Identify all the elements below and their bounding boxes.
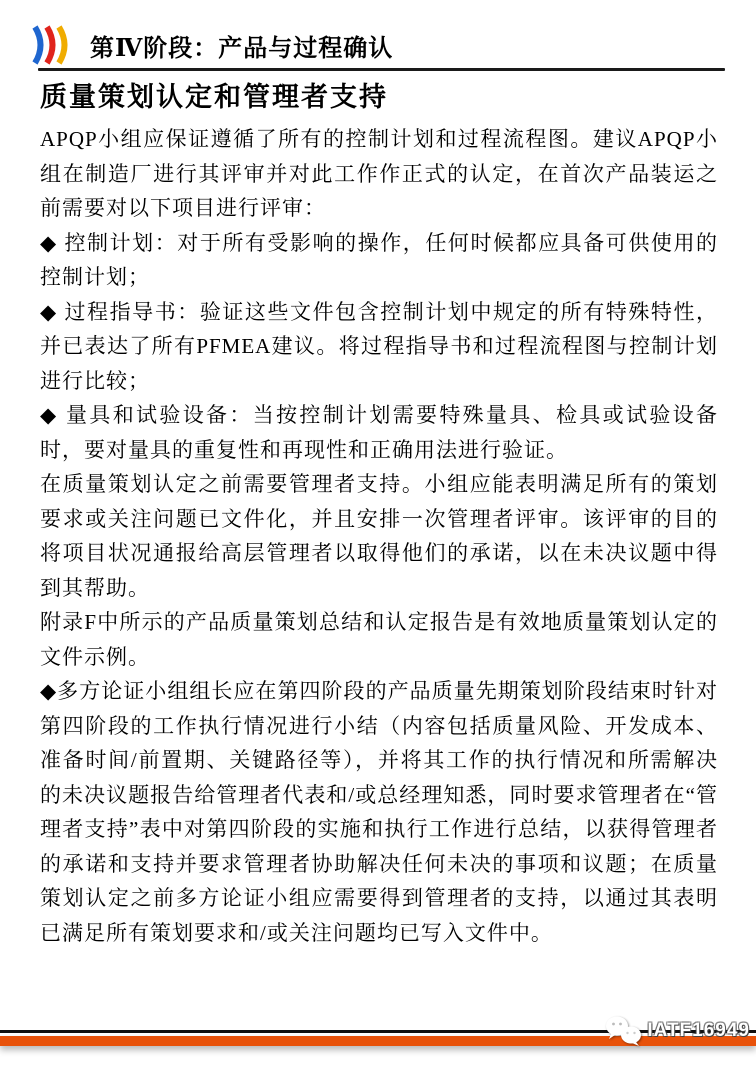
body-paragraph-intro: APQP小组应保证遵循了所有的控制计划和过程流程图。建议APQP小组在制造厂进行… <box>40 122 718 226</box>
section-heading: 质量策划认定和管理者支持 <box>40 80 718 114</box>
slide-title: 第Ⅳ阶段：产品与过程确认 <box>90 28 393 63</box>
slide-header: 第Ⅳ阶段：产品与过程确认 <box>28 22 726 68</box>
logo-stroke-red <box>47 27 53 63</box>
body-paragraph-management: 在质量策划认定之前需要管理者支持。小组应能表明满足所有的策划要求或关注问题已文件… <box>40 467 718 605</box>
slide-content: 质量策划认定和管理者支持 APQP小组应保证遵循了所有的控制计划和过程流程图。建… <box>40 80 718 950</box>
watermark: IATF16949 <box>605 1015 750 1047</box>
body-bullet-work-instruction: ◆ 过程指导书：验证这些文件包含控制计划中规定的所有特殊特性，并已表达了所有PF… <box>40 295 718 399</box>
body-bullet-control-plan: ◆ 控制计划：对于所有受影响的操作，任何时候都应具备可供使用的控制计划； <box>40 226 718 295</box>
watermark-text: IATF16949 <box>647 1020 750 1042</box>
logo-stroke-yellow <box>59 27 65 63</box>
header-divider <box>38 68 725 71</box>
brand-logo-icon <box>28 22 72 68</box>
slide: 第Ⅳ阶段：产品与过程确认 质量策划认定和管理者支持 APQP小组应保证遵循了所有… <box>0 0 756 1070</box>
wechat-icon <box>605 1015 643 1047</box>
body-bullet-gauges: ◆ 量具和试验设备：当按控制计划需要特殊量具、检具或试验设备时，要对量具的重复性… <box>40 398 718 467</box>
logo-stroke-blue <box>35 27 41 63</box>
body-paragraph-appendix-f: 附录F中所示的产品质量策划总结和认定报告是有效地质量策划认定的文件示例。 <box>40 605 718 674</box>
body-paragraph-team-leader: ◆多方论证小组组长应在第四阶段的产品质量先期策划阶段结束时针对第四阶段的工作执行… <box>40 674 718 950</box>
